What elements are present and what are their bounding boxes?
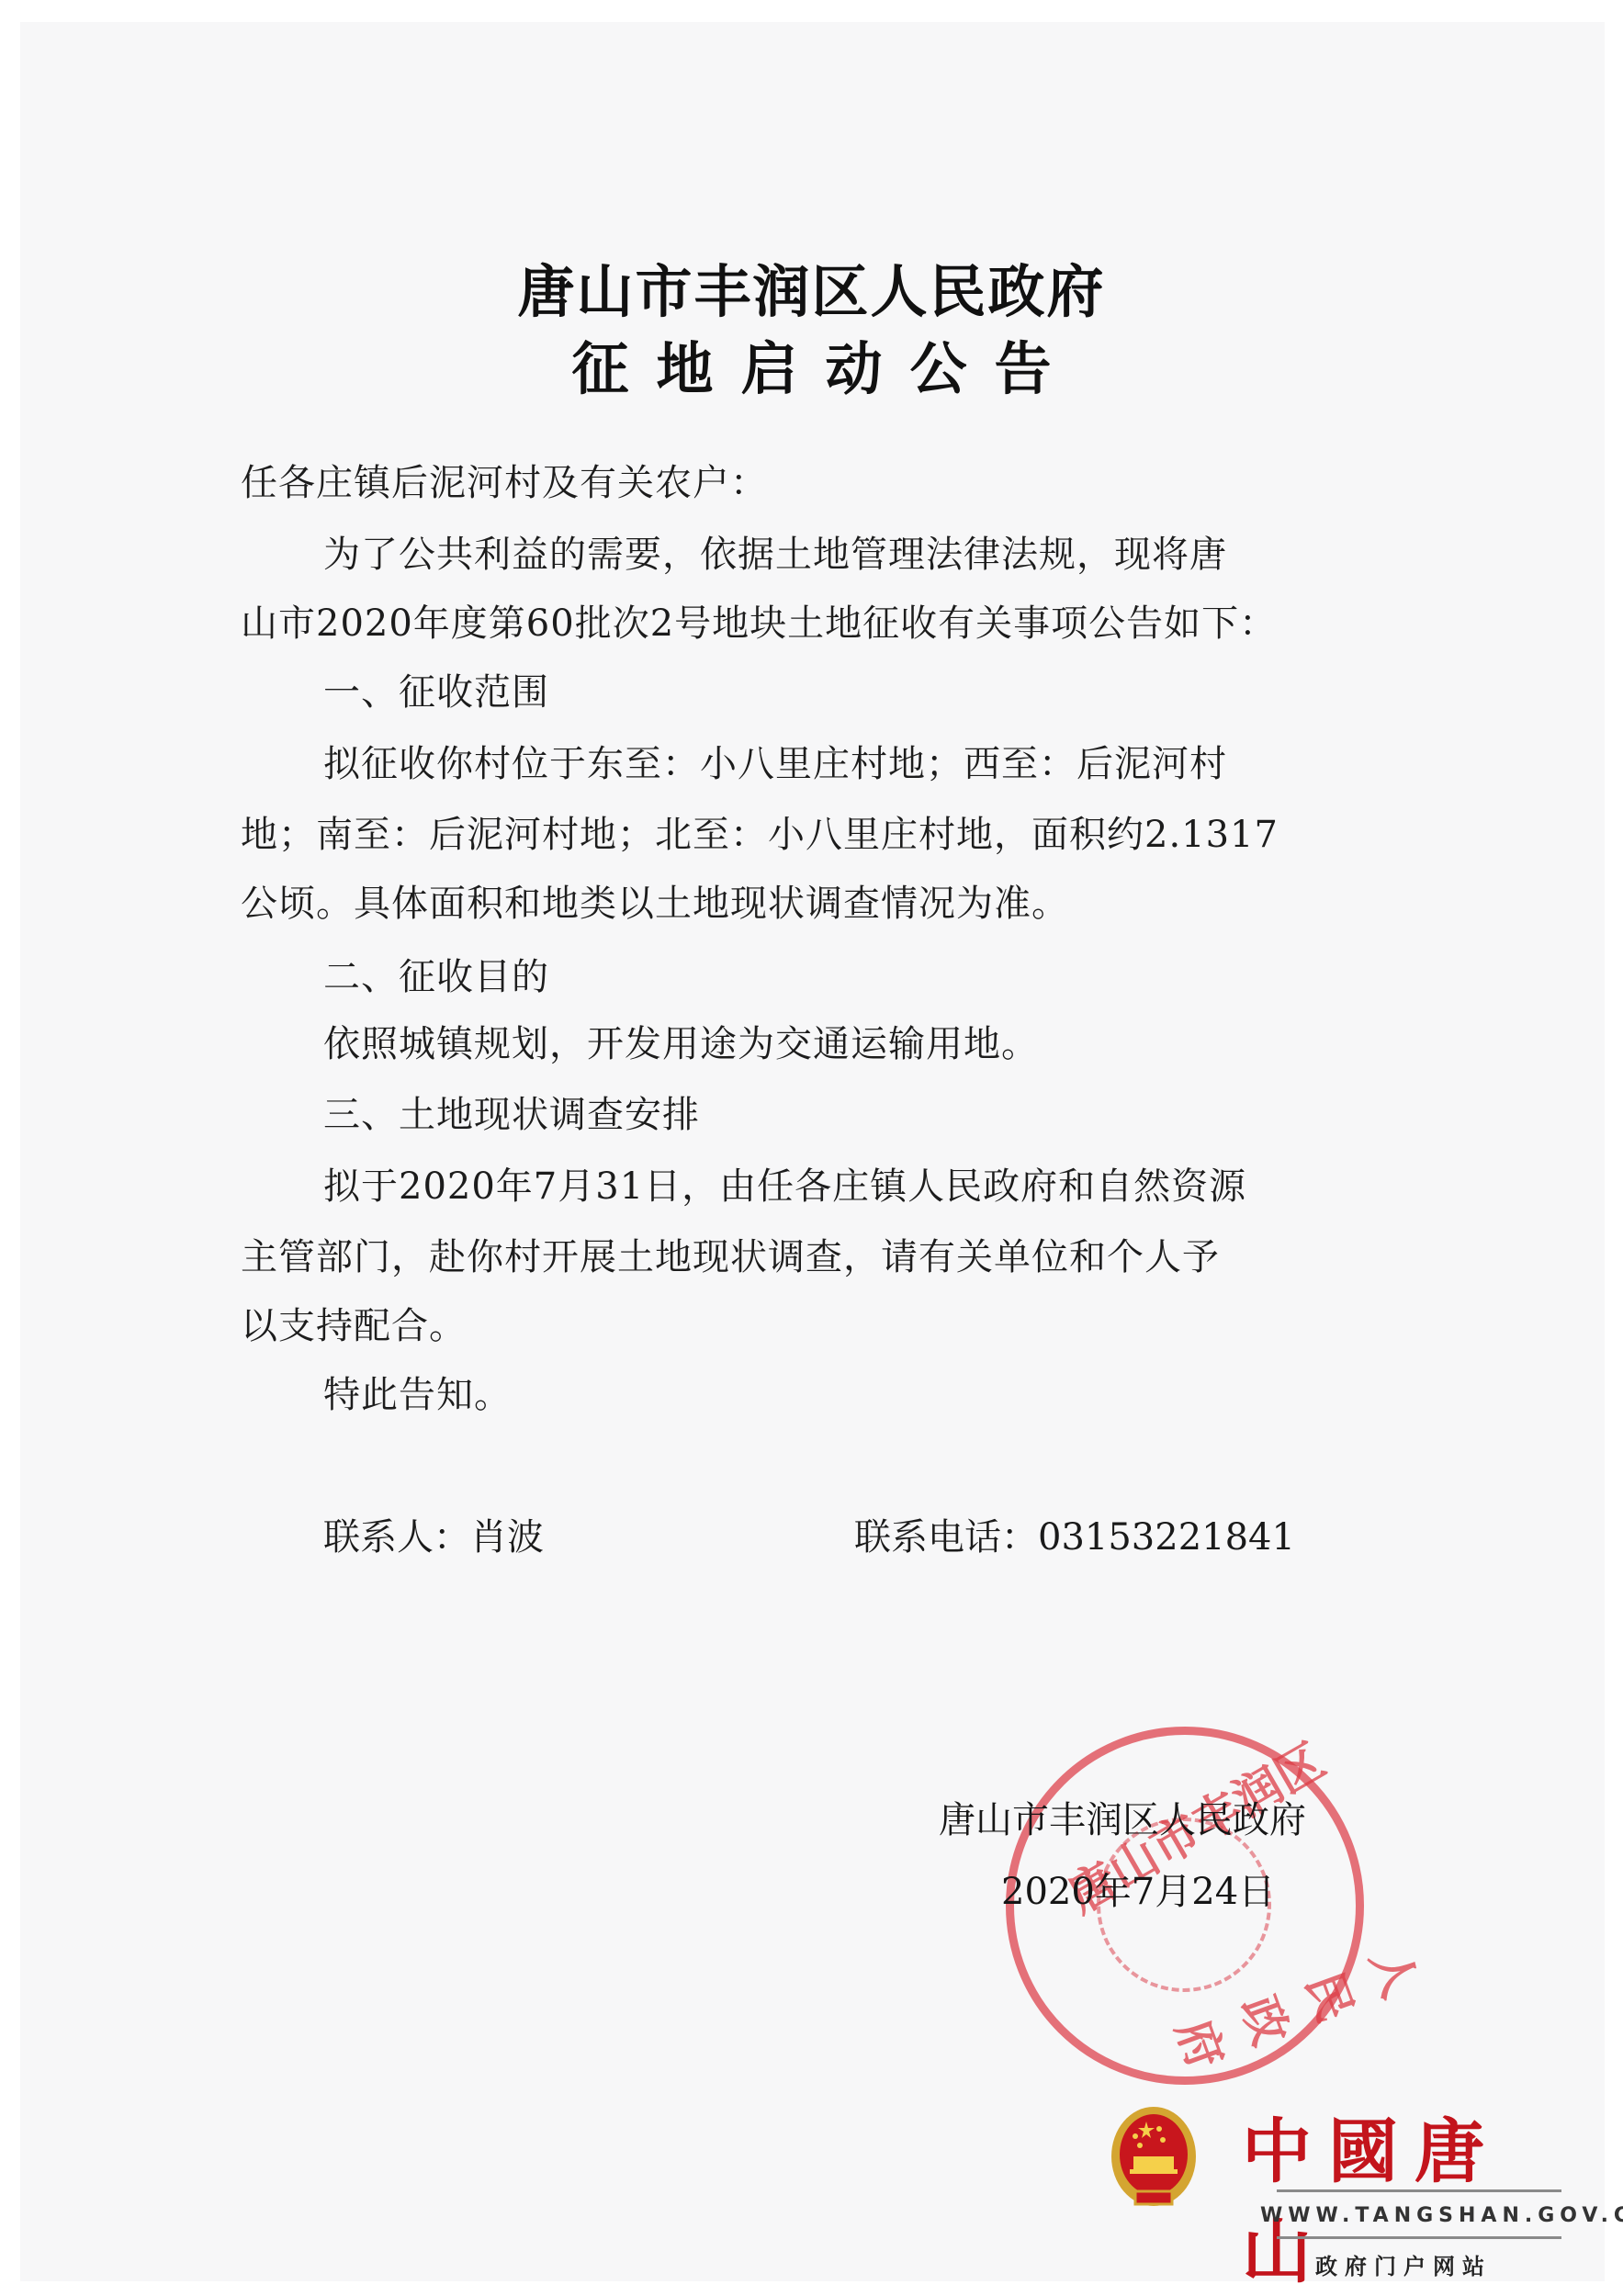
section-3-heading: 三、土地现状调查安排	[323, 1093, 700, 1137]
tangshan-gov-logo: 中國唐山 WWW.TANGSHAN.GOV.CN 政府门户网站	[1102, 2094, 1580, 2278]
section-3-line-1: 拟于2020年7月31日，由任各庄镇人民政府和自然资源	[323, 1165, 1246, 1209]
brand-divider-bottom	[1277, 2236, 1561, 2239]
signature-organization: 唐山市丰润区人民政府	[939, 1791, 1306, 1843]
signature-date: 2020年7月24日	[1001, 1863, 1275, 1915]
section-2-line-1: 依照城镇规划，开发用途为交通运输用地。	[323, 1022, 1039, 1066]
section-3-line-2: 主管部门，赴你村开展土地现状调查，请有关单位和个人予	[241, 1235, 1220, 1279]
national-emblem-icon	[1108, 2103, 1200, 2213]
brand-url: WWW.TANGSHAN.GOV.CN	[1260, 2204, 1623, 2227]
closing-remark: 特此告知。	[323, 1373, 512, 1417]
contact-person: 联系人：肖波	[323, 1508, 544, 1560]
salutation: 任各庄镇后泥河村及有关农户：	[241, 461, 768, 505]
section-1-line-2: 地；南至：后泥河村地；北至：小八里庄村地，面积约2.1317	[241, 813, 1279, 857]
brand-subtitle: 政府门户网站	[1315, 2248, 1492, 2280]
intro-line-2: 山市2020年度第60批次2号地块土地征收有关事项公告如下：	[241, 602, 1277, 646]
section-1-line-3: 公顷。具体面积和地类以土地现状调查情况为准。	[241, 882, 1069, 926]
document-title-notice: 征地启动公告	[0, 323, 1623, 405]
brand-divider-top	[1277, 2189, 1561, 2192]
intro-line-1: 为了公共利益的需要，依据土地管理法律法规，现将唐	[323, 533, 1227, 577]
section-3-line-3: 以支持配合。	[241, 1304, 467, 1348]
document-title-issuer: 唐山市丰润区人民政府	[0, 246, 1623, 328]
section-2-heading: 二、征收目的	[323, 955, 549, 999]
section-1-heading: 一、征收范围	[323, 670, 549, 715]
contact-phone: 联系电话：03153221841	[854, 1508, 1295, 1560]
section-1-line-1: 拟征收你村位于东至：小八里庄村地；西至：后泥河村	[323, 742, 1227, 786]
